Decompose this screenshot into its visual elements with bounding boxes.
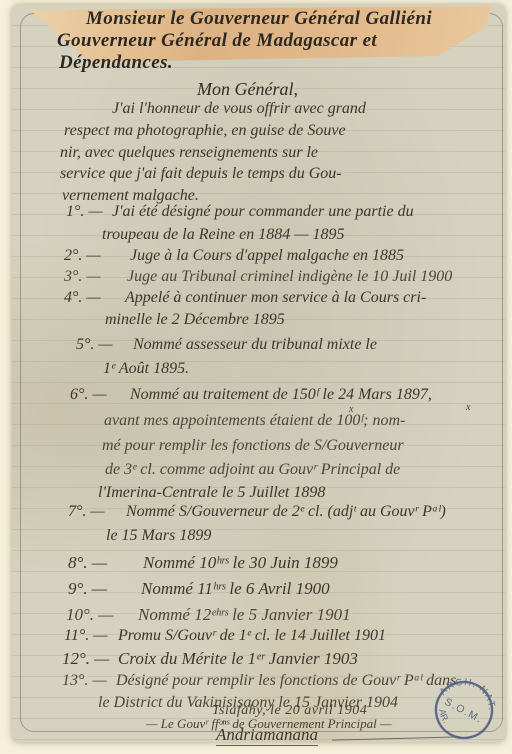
item-number: 11°. — [64,627,118,645]
item-text: Nommé 12ᵉʰʳˢ le 5 Janvier 1901 [138,605,351,624]
salutation: Mon Général, [197,79,298,100]
item-number: 1°. — [66,203,112,221]
service-item: 4°. —Appelé à continuer mon service à la… [64,289,426,307]
item-text: J'ai été désigné pour commander une part… [112,203,414,220]
signature-name: Andriamanana [216,725,318,746]
service-item: 6°. —Nommé au traitement de 150ᶠ le 24 M… [70,386,432,404]
service-item: 12°. —Croix du Mérite le 1ᵉʳ Janvier 190… [62,649,358,669]
service-item: 2°. —Juge à la Cours d'appel malgache en… [64,247,404,265]
item-number: 3°. — [64,268,127,286]
item-number: 13°. — [62,672,116,690]
item-number: 6°. — [70,386,130,404]
item-continuation: avant mes appointements étaient de 100ᶠ;… [104,412,405,430]
item-text: Nommé au traitement de 150ᶠ le 24 Mars 1… [130,386,432,403]
page-background: Monsieur le Gouverneur Général Galliéni … [0,0,512,754]
address-line: Dépendances. [59,52,173,74]
item-continuation: troupeau de la Reine en 1884 — 1895 [102,226,344,244]
body-line: respect ma photographie, en guise de Sou… [64,122,346,140]
service-item: 1°. —J'ai été désigné pour commander une… [66,203,414,221]
service-item: 10°. —Nommé 12ᵉʰʳˢ le 5 Janvier 1901 [66,605,351,625]
service-item: 13°. —Désigné pour remplir les fonctions… [62,672,456,690]
item-text: Nommé 11ʰʳˢ le 6 Avril 1900 [141,579,330,598]
item-text: Juge au Tribunal criminel indigène le 10… [127,268,452,285]
item-continuation: minelle le 2 Décembre 1895 [105,311,285,329]
item-continuation: 1ᵉ Août 1895. [103,360,189,378]
item-number: 2°. — [64,247,130,265]
item-text: Nommé assesseur du tribunal mixte le [133,336,377,353]
annotation-mark: x [349,404,353,415]
item-number: 7°. — [68,503,126,521]
item-text: Croix du Mérite le 1ᵉʳ Janvier 1903 [118,649,358,668]
stamp-text-center: S.O.M. [442,696,484,726]
item-text: Appelé à continuer mon service à la Cour… [125,289,426,306]
service-item: 8°. —Nommé 10ʰʳˢ le 30 Juin 1899 [68,553,338,573]
item-continuation: l'Imerina-Centrale le 5 Juillet 1898 [98,484,325,502]
item-text: Juge à la Cours d'appel malgache en 1885 [130,247,404,264]
archive-stamp: ARCH. NAT. S.O.M. AR. [428,674,500,746]
body-line: J'ai l'honneur de vous offrir avec grand [112,100,366,118]
signature: Andriamanana [216,725,318,745]
item-continuation: de 3ᵉ cl. comme adjoint au Gouvʳ Princip… [105,461,400,479]
item-number: 4°. — [64,289,125,307]
item-number: 10°. — [66,605,138,625]
annotation-mark: x [466,402,470,413]
item-text: Promu S/Gouvʳ de 1ᵉ cl. le 14 Juillet 19… [118,627,386,644]
item-number: 9°. — [68,579,141,599]
address-line: Monsieur le Gouverneur Général Galliéni [86,8,432,30]
item-number: 5°. — [76,336,133,354]
item-number: 8°. — [68,553,143,573]
service-item: 5°. —Nommé assesseur du tribunal mixte l… [76,336,377,354]
service-item: 11°. —Promu S/Gouvʳ de 1ᵉ cl. le 14 Juil… [64,627,386,645]
item-continuation: mé pour remplir les fonctions de S/Gouve… [102,437,404,455]
service-item: 9°. —Nommé 11ʰʳˢ le 6 Avril 1900 [68,579,330,599]
address-line: Gouverneur Général de Madagascar et [57,30,377,52]
item-continuation: le 15 Mars 1899 [106,527,211,545]
body-line: service que j'ai fait depuis le temps du… [60,165,342,183]
service-item: 7°. —Nommé S/Gouverneur de 2ᵉ cl. (adjᵗ … [68,503,446,521]
item-text: Nommé S/Gouverneur de 2ᵉ cl. (adjᵗ au Go… [126,503,446,520]
service-item: 3°. —Juge au Tribunal criminel indigène … [64,268,452,286]
item-number: 12°. — [62,649,118,669]
body-line: nir, avec quelques renseignements sur le [60,144,318,162]
item-text: Nommé 10ʰʳˢ le 30 Juin 1899 [143,553,338,572]
item-text: Désigné pour remplir les fonctions de Go… [116,672,456,689]
